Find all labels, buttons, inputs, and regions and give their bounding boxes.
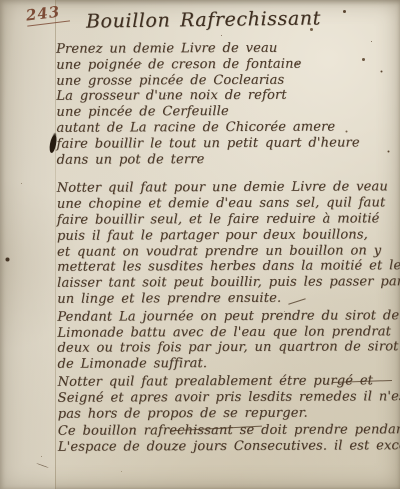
text-line: Ce bouillon rafrechissant se doit prendr…: [58, 423, 400, 440]
text-line: faire bouillir seul, et le faire reduire…: [57, 211, 400, 228]
text-line: une pincée de Cerfeuille: [56, 103, 399, 120]
left-margin: [0, 0, 55, 489]
manuscript-page: 243 Bouillon Rafrechissant Prenez un dem…: [0, 0, 400, 489]
text-line: de Limonade suffirat.: [57, 355, 400, 372]
manuscript-body: Prenez un demie Livre de veau une poigné…: [56, 40, 400, 455]
paragraph-limonade: Pendant La journée on peut prendre du si…: [57, 308, 400, 373]
text-line: une chopine et demie d'eau sans sel, qui…: [57, 195, 400, 212]
text-line: L'espace de douze jours Consecutives. il…: [58, 438, 400, 455]
page-title: Bouillon Rafrechissant: [86, 7, 321, 32]
text-line: faire bouillir le tout un petit quart d'…: [57, 135, 400, 152]
text-line: une grosse pincée de Coclearias: [56, 72, 399, 89]
text-line: Pendant La journée on peut prendre du si…: [57, 308, 400, 325]
paragraph-ingredients: Prenez un demie Livre de veau une poigné…: [56, 40, 400, 168]
page-number: 243: [25, 1, 70, 26]
text-line: metterat les susdites herbes dans la moi…: [57, 259, 400, 276]
text-line: laisser tant soit peut bouillir, puis le…: [57, 274, 400, 291]
text-line: une poignée de creson de fontaine: [56, 56, 399, 73]
text-line: La grosseur d'une noix de refort: [56, 88, 399, 105]
foxing-spots: [343, 10, 346, 13]
text-line: autant de La racine de Chicorée amere: [56, 119, 399, 136]
text-line: Notter quil faut pour une demie Livre de…: [57, 180, 400, 197]
text-line: Prenez un demie Livre de veau: [56, 40, 399, 57]
text-line: Limonade battu avec de l'eau que lon pre…: [57, 324, 400, 341]
text-line: dans un pot de terre: [57, 151, 400, 168]
text-line: puis il faut le partager pour deux bouil…: [57, 227, 400, 244]
text-line: deux ou trois fois par jour, un quartron…: [57, 340, 400, 357]
text-line: Seigné et apres avoir pris lesdits remed…: [58, 389, 400, 406]
paragraph-note-preparation: Notter quil faut pour une demie Livre de…: [57, 180, 400, 308]
text-line: pas hors de propos de se repurger.: [58, 405, 400, 422]
text-line: un linge et les prendre ensuite.: [57, 290, 400, 307]
